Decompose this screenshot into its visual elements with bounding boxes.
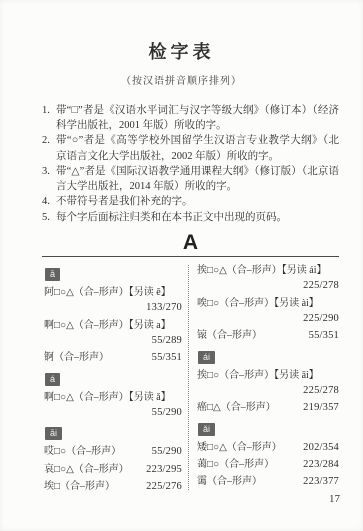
entry-text: 啊□○△（合–形声）【另读 ǎ】 [44,390,171,406]
entry-page-ref: 223/295 [146,462,182,478]
entry-page-ref: 219/357 [303,400,339,416]
entry-page-ref: 55/289 [152,333,182,349]
entry-page-ref: 225/278 [303,278,339,294]
entry-text: 埃□（合–形声） [44,479,115,495]
index-entry: 唉□○（合–形声）【另读 ài】 225/290 [197,296,339,328]
entry-page-ref: 223/284 [303,457,339,473]
index-entry: 锕（合–形声） 55/351 [44,350,182,366]
note-text: 带“○”者是《高等学校外国留学生汉语言专业教学大纲》（北京语言文化大学出版社，2… [56,133,339,163]
index-entry: 挨□○（合–形声）【另读 āi】 225/278 [197,368,339,400]
note-item: 4. 不带符号者是我们补充的字。 [42,194,339,209]
note-text: 带“□”者是《汉语水平词汇与汉字等级大纲》（修订本）（经济科学出版社，2001 … [56,103,339,133]
entry-page-ref: 133/270 [146,300,182,316]
column-divider [188,265,189,490]
index-entry: 锿（合–形声） 55/351 [197,328,339,344]
book-page: 检字表 （按汉语拼音顺序排列） 1. 带“□”者是《汉语水平词汇与汉字等级大纲》… [0,0,363,531]
entry-text: 锿（合–形声） [197,328,262,344]
entry-page-ref: 225/278 [303,383,339,399]
entry-page-ref: 55/351 [152,350,182,366]
page-title: 检字表 [0,0,363,64]
note-text: 不带符号者是我们补充的字。 [56,194,339,209]
entry-text: 锕（合–形声） [44,350,109,366]
index-entry: 啊□○△（合–形声）【另读 a】 55/289 [44,318,182,350]
index-column-left: ā 阿□○△（合–形声）【另读 ē】 133/270 啊□○△（合–形声）【另读… [44,263,186,496]
entry-text: 啊□○△（合–形声）【另读 a】 [44,318,171,334]
entry-text: 癌□△（合–形声） [197,400,276,416]
entry-text: 挨□○△（合–形声）【另读 ái】 [197,263,327,279]
note-number: 2. [42,133,56,148]
index-entry: 埃□（合–形声） 225/276 [44,479,182,495]
character-index: ā 阿□○△（合–形声）【另读 ē】 133/270 啊□○△（合–形声）【另读… [44,263,339,496]
entry-text: 蔼□○（合–形声） [197,457,274,473]
entry-text: 矮□○△（合–形声） [197,440,282,456]
index-entry: 癌□△（合–形声） 219/357 [197,400,339,416]
index-entry: 蔼□○（合–形声） 223/284 [197,457,339,473]
note-text: 每个字后面标注归类和在本书正文中出现的页码。 [56,210,339,225]
index-entry: 霭（合–形声） 223/377 [197,474,339,490]
entry-text: 挨□○（合–形声）【另读 āi】 [197,368,319,384]
note-number: 3. [42,164,56,179]
page-number: 17 [329,493,340,505]
entry-page-ref: 55/351 [309,328,339,344]
entry-page-ref: 223/377 [303,474,339,490]
note-number: 5. [42,210,56,225]
entry-page-ref: 55/290 [152,444,182,460]
note-number: 1. [42,103,56,118]
entry-page-ref: 55/290 [152,405,182,421]
pinyin-heading: ǎi [198,423,215,436]
entry-text: 霭（合–形声） [197,474,262,490]
index-column-right: 挨□○△（合–形声）【另读 ái】 225/278 唉□○（合–形声）【另读 à… [191,263,339,496]
note-item: 2. 带“○”者是《高等学校外国留学生汉语言专业教学大纲》（北京语言文化大学出版… [42,133,339,163]
note-text: 带“△”者是《国际汉语教学通用课程大纲》（修订版）（北京语言大学出版社，2014… [56,164,339,194]
entry-text: 阿□○△（合–形声）【另读 ē】 [44,285,171,301]
index-entry: 哀□○△（合–形声） 223/295 [44,462,182,478]
pinyin-heading: ái [198,351,215,364]
entry-page-ref: 202/354 [303,440,339,456]
index-entry: 阿□○△（合–形声）【另读 ē】 133/270 [44,285,182,317]
note-item: 3. 带“△”者是《国际汉语教学通用课程大纲》（修订版）（北京语言大学出版社，2… [42,164,339,194]
index-entry: 挨□○△（合–形声）【另读 ái】 225/278 [197,263,339,295]
entry-text: 哀□○△（合–形声） [44,462,129,478]
entry-page-ref: 225/276 [146,479,182,495]
pinyin-heading: ā [45,268,60,281]
note-item: 5. 每个字后面标注归类和在本书正文中出现的页码。 [42,210,339,225]
index-entry: 哎□○（合–形声） 55/290 [44,444,182,460]
section-letter-heading: A [42,231,339,257]
index-entry: 矮□○△（合–形声） 202/354 [197,440,339,456]
legend-notes: 1. 带“□”者是《汉语水平词汇与汉字等级大纲》（修订本）（经济科学出版社，20… [42,103,339,225]
pinyin-heading: āi [45,427,62,440]
note-number: 4. [42,194,56,209]
page-subtitle: （按汉语拼音顺序排列） [0,72,363,87]
index-entry: 啊□○△（合–形声）【另读 ǎ】 55/290 [44,390,182,422]
note-item: 1. 带“□”者是《汉语水平词汇与汉字等级大纲》（修订本）（经济科学出版社，20… [42,103,339,133]
entry-text: 哎□○（合–形声） [44,444,121,460]
entry-page-ref: 225/290 [303,311,339,327]
pinyin-heading: á [45,373,60,386]
entry-text: 唉□○（合–形声）【另读 ài】 [197,296,319,312]
